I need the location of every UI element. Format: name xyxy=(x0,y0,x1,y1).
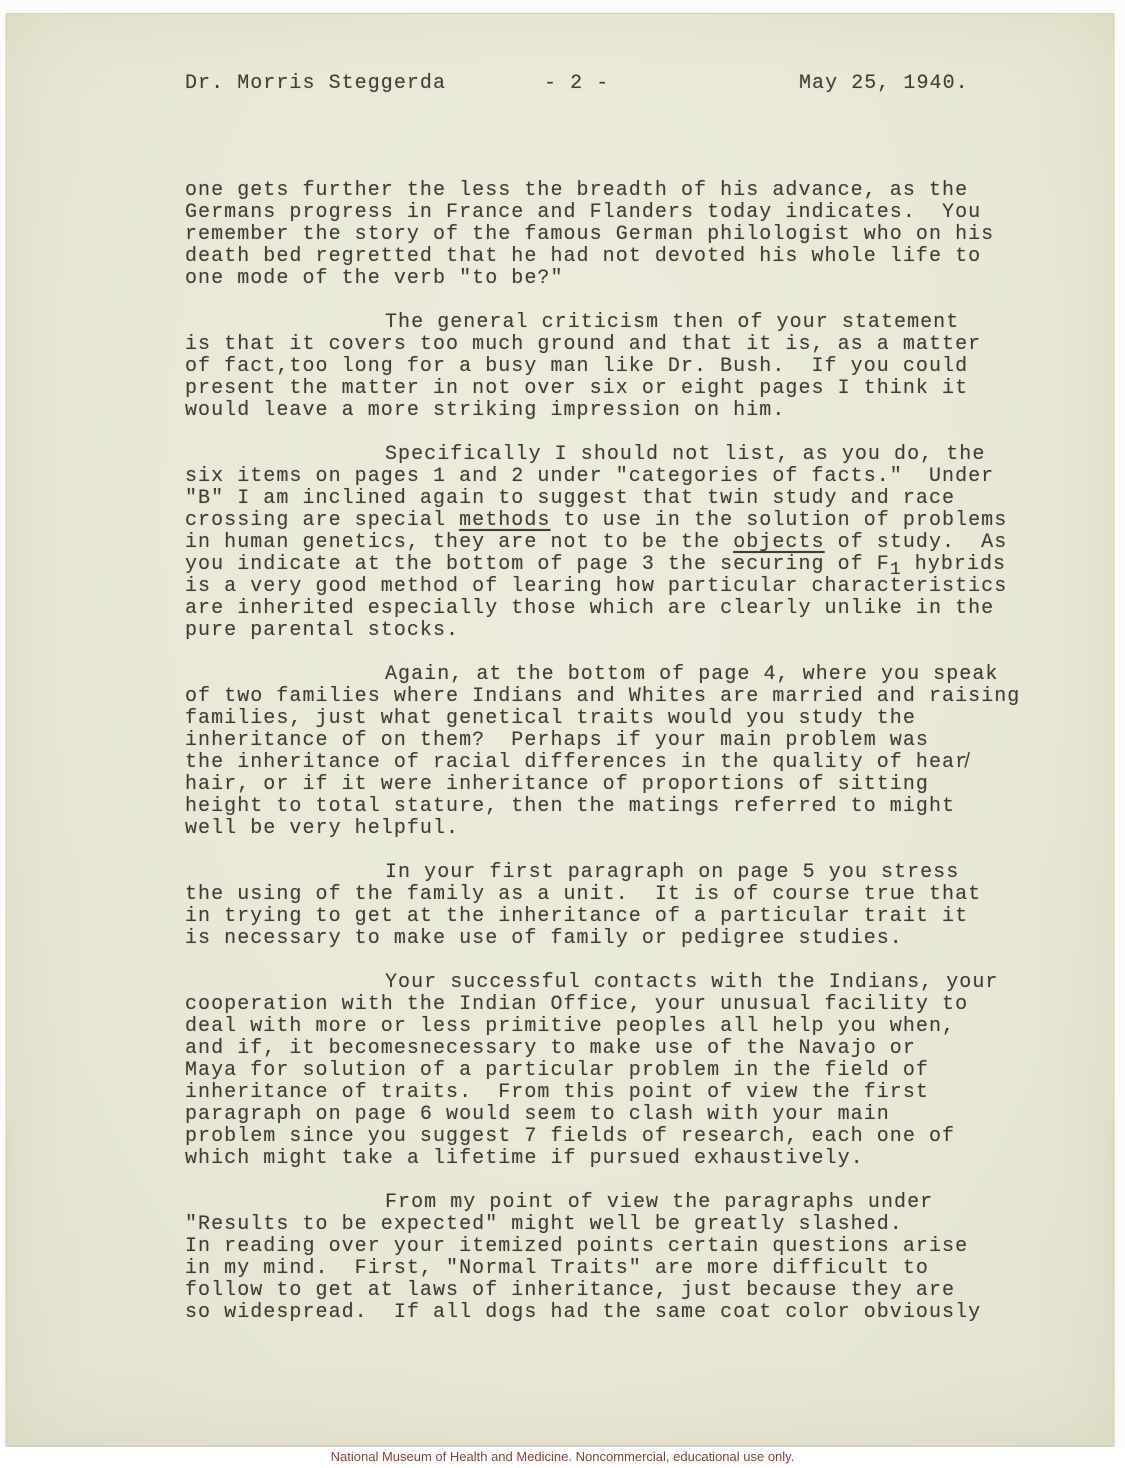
text-line: cooperation with the Indian Office, your… xyxy=(185,994,1065,1016)
text-line: Your successful contacts with the Indian… xyxy=(185,972,1065,994)
text-line: In your first paragraph on page 5 you st… xyxy=(185,862,1065,884)
text-line: "Results to be expected" might well be g… xyxy=(185,1214,1065,1236)
page-number: - 2 - xyxy=(544,72,609,95)
underlined-text: methods xyxy=(459,509,550,532)
text-line: hair, or if it were inheritance of propo… xyxy=(185,774,1065,796)
text-line: height to total stature, then the mating… xyxy=(185,796,1065,818)
text-line: so widespread. If all dogs had the same … xyxy=(185,1302,1065,1324)
text-line: death bed regretted that he had not devo… xyxy=(185,246,1065,268)
text-line: pure parental stocks. xyxy=(185,620,1065,642)
text-line: The general criticism then of your state… xyxy=(185,312,1065,334)
text-line: would leave a more striking impression o… xyxy=(185,400,1065,422)
text-line: From my point of view the paragraphs und… xyxy=(185,1192,1065,1214)
letter-paper: Dr. Morris Steggerda - 2 - May 25, 1940.… xyxy=(6,13,1114,1446)
text-line: follow to get at laws of inheritance, ju… xyxy=(185,1280,1065,1302)
text-line: are inherited especially those which are… xyxy=(185,598,1065,620)
archive-footer: National Museum of Health and Medicine. … xyxy=(0,1447,1125,1468)
text-line: in my mind. First, "Normal Traits" are m… xyxy=(185,1258,1065,1280)
text-line: deal with more or less primitive peoples… xyxy=(185,1016,1065,1038)
text-line: Again, at the bottom of page 4, where yo… xyxy=(185,664,1065,686)
scanned-letter-page: Dr. Morris Steggerda - 2 - May 25, 1940.… xyxy=(0,0,1125,1468)
text-line: Germans progress in France and Flanders … xyxy=(185,202,1065,224)
letter-date: May 25, 1940. xyxy=(799,72,969,95)
paragraph: The general criticism then of your state… xyxy=(185,312,1065,422)
underlined-text: objects xyxy=(733,531,824,554)
text-line: well be very helpful. xyxy=(185,818,1065,840)
text-line: problem since you suggest 7 fields of re… xyxy=(185,1126,1065,1148)
text-line: "B" I am inclined again to suggest that … xyxy=(185,488,1065,510)
text-line: inheritance of on them? Perhaps if your … xyxy=(185,730,1065,752)
letter-header: Dr. Morris Steggerda - 2 - May 25, 1940. xyxy=(7,72,1113,96)
text-line: you indicate at the bottom of page 3 the… xyxy=(185,554,1065,576)
text-line: of two families where Indians and Whites… xyxy=(185,686,1065,708)
text-line: families, just what genetical traits wou… xyxy=(185,708,1065,730)
text-line: Specifically I should not list, as you d… xyxy=(185,444,1065,466)
text-line: crossing are special methods to use in t… xyxy=(185,510,1065,532)
text-line: which might take a lifetime if pursued e… xyxy=(185,1148,1065,1170)
subscript-text: 1 xyxy=(890,560,902,580)
text-line: is a very good method of learing how par… xyxy=(185,576,1065,598)
text-line: paragraph on page 6 would seem to clash … xyxy=(185,1104,1065,1126)
text-line: is necessary to make use of family or pe… xyxy=(185,928,1065,950)
text-line: one gets further the less the breadth of… xyxy=(185,180,1065,202)
text-line: one mode of the verb "to be?" xyxy=(185,268,1065,290)
paragraph: In your first paragraph on page 5 you st… xyxy=(185,862,1065,950)
text-line: six items on pages 1 and 2 under "catego… xyxy=(185,466,1065,488)
text-line: the inheritance of racial differences in… xyxy=(185,752,1065,774)
text-line: in human genetics, they are not to be th… xyxy=(185,532,1065,554)
text-line: present the matter in not over six or ei… xyxy=(185,378,1065,400)
letter-body: one gets further the less the breadth of… xyxy=(185,180,1065,1346)
text-line: the using of the family as a unit. It is… xyxy=(185,884,1065,906)
paragraph: one gets further the less the breadth of… xyxy=(185,180,1065,290)
text-line: remember the story of the famous German … xyxy=(185,224,1065,246)
paragraph: Specifically I should not list, as you d… xyxy=(185,444,1065,642)
text-line: of fact,too long for a busy man like Dr.… xyxy=(185,356,1065,378)
text-line: is that it covers too much ground and th… xyxy=(185,334,1065,356)
text-line: Maya for solution of a particular proble… xyxy=(185,1060,1065,1082)
archive-credit-text: National Museum of Health and Medicine. … xyxy=(331,1449,795,1464)
text-line: inheritance of traits. From this point o… xyxy=(185,1082,1065,1104)
recipient-name: Dr. Morris Steggerda xyxy=(185,72,446,95)
paragraph: Your successful contacts with the Indian… xyxy=(185,972,1065,1170)
paragraph: Again, at the bottom of page 4, where yo… xyxy=(185,664,1065,840)
text-line: and if, it becomesnecessary to make use … xyxy=(185,1038,1065,1060)
text-line: in trying to get at the inheritance of a… xyxy=(185,906,1065,928)
paragraph: From my point of view the paragraphs und… xyxy=(185,1192,1065,1324)
text-line: In reading over your itemized points cer… xyxy=(185,1236,1065,1258)
